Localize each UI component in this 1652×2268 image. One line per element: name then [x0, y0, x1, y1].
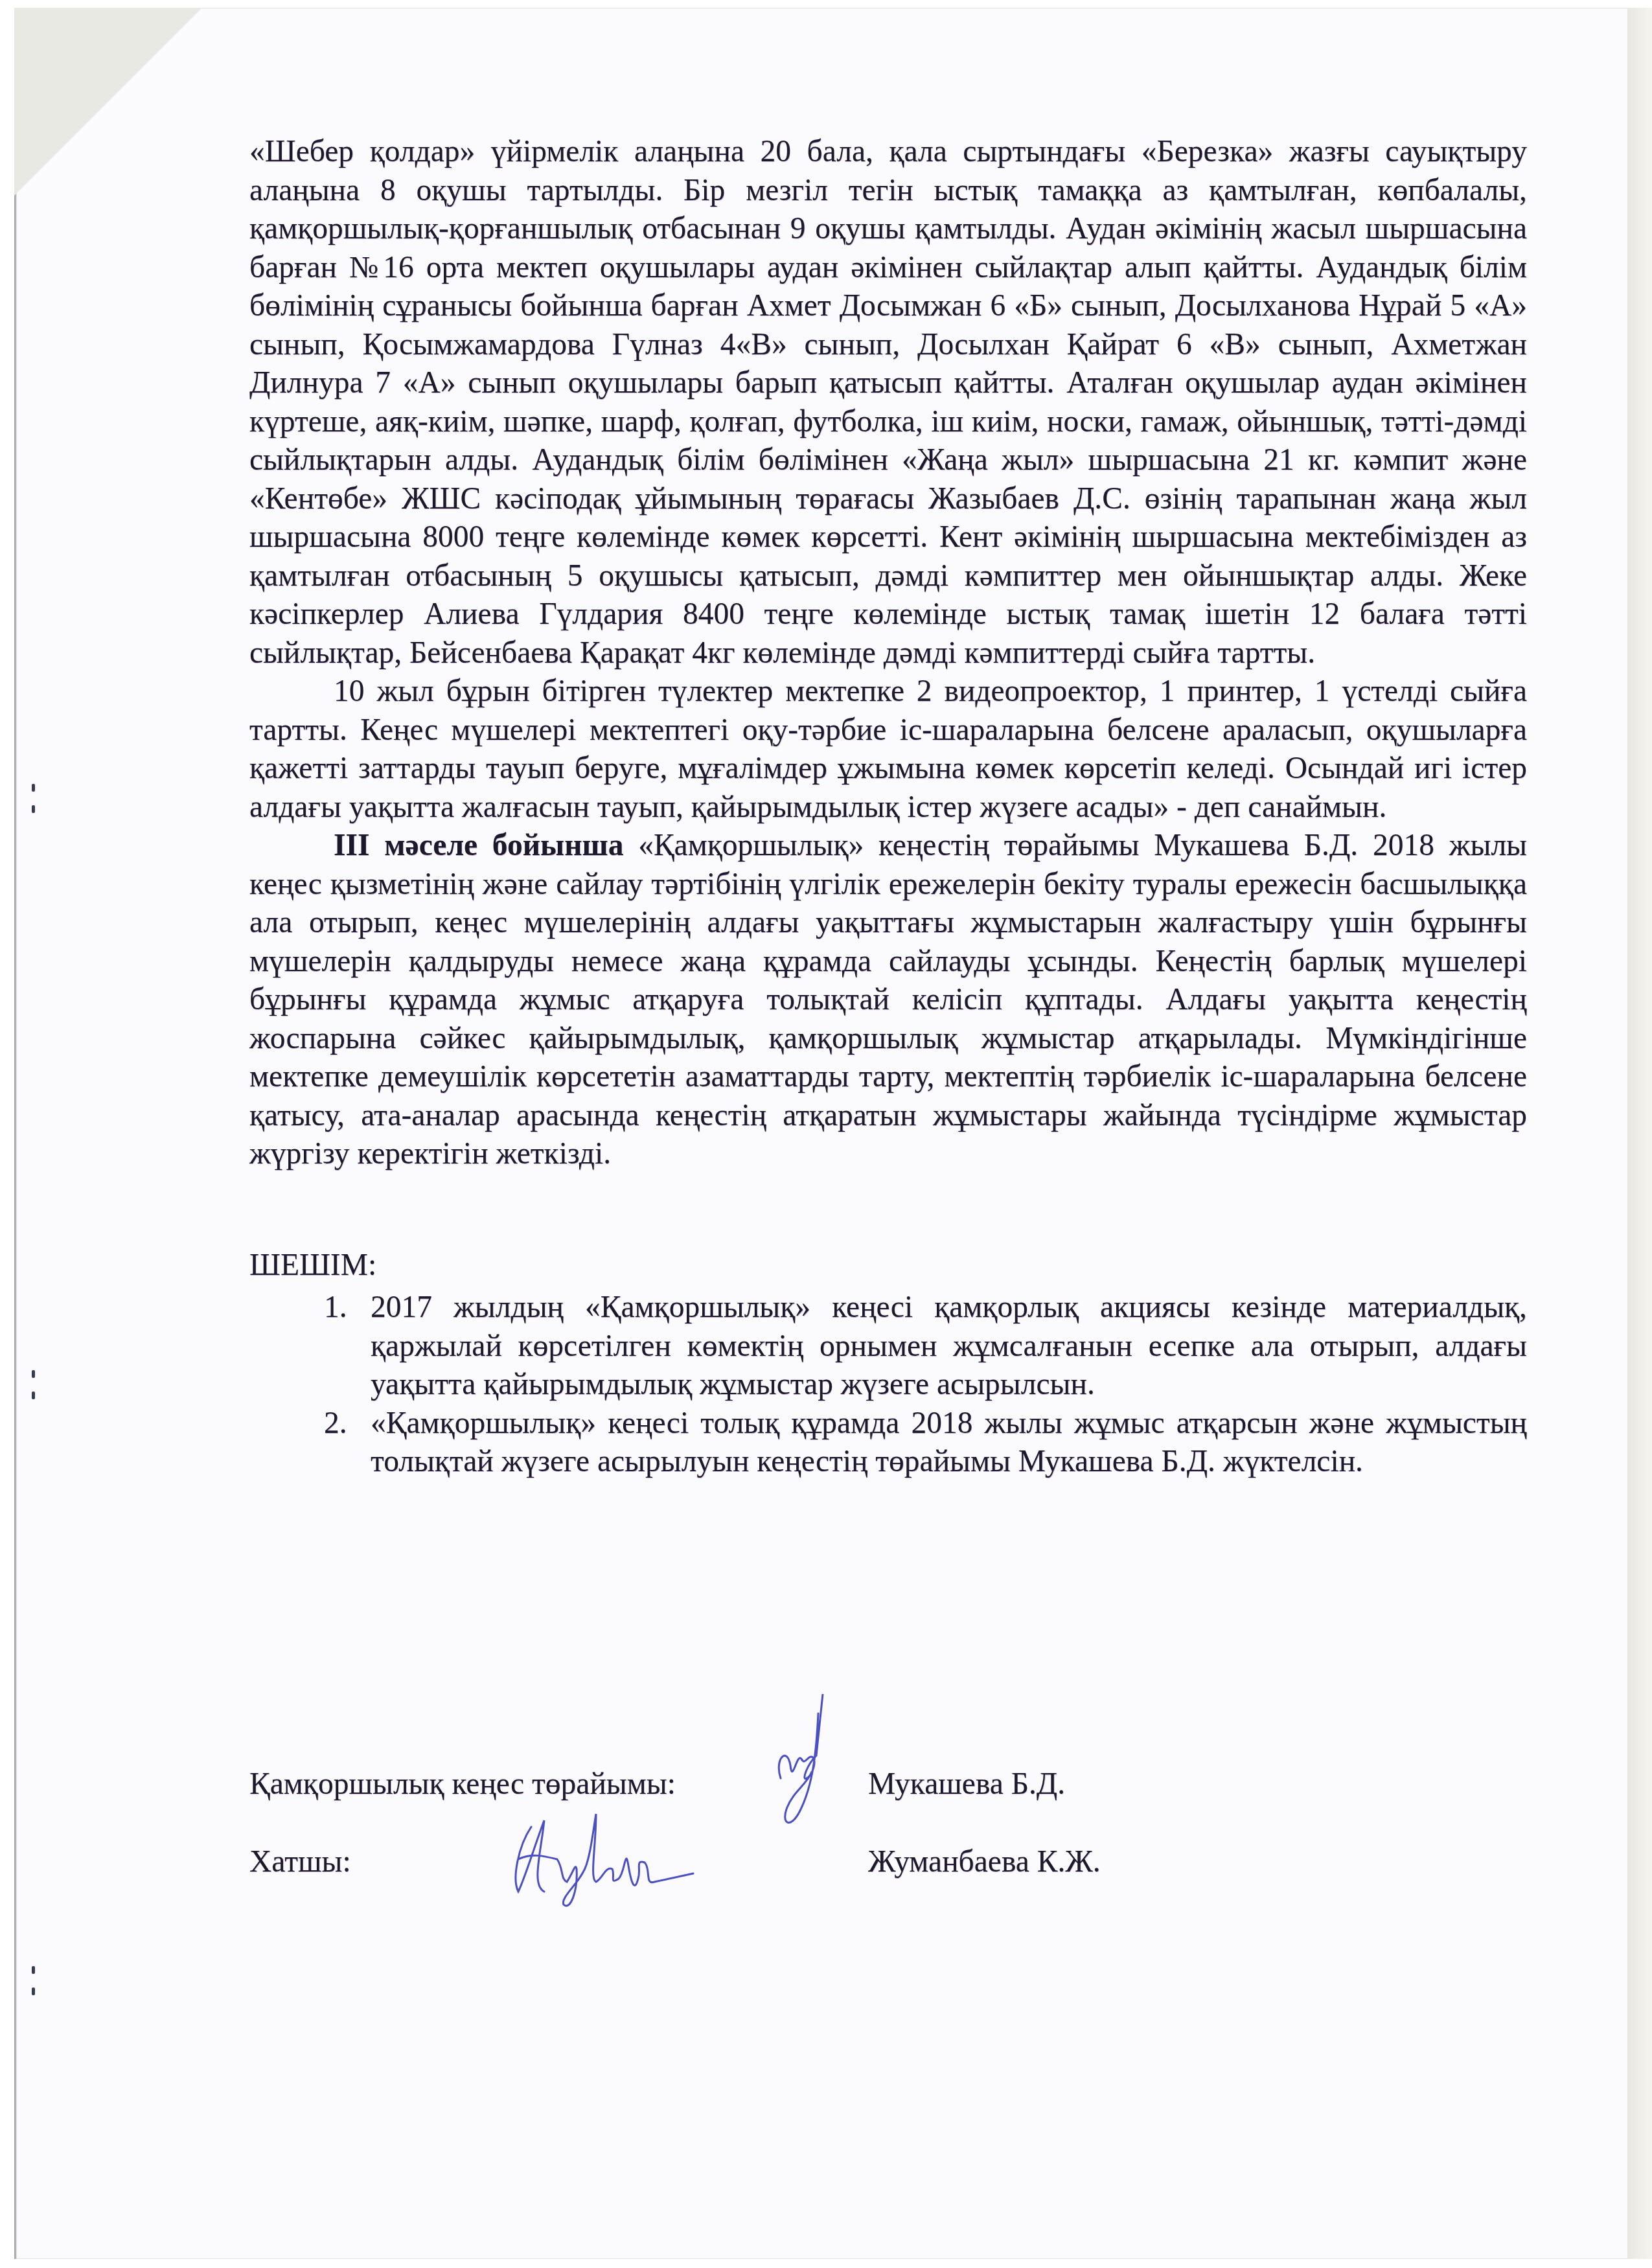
issue-heading: ІІІ мәселе бойынша	[334, 829, 623, 862]
punch-hole-mark	[32, 784, 35, 792]
scan-border-right	[1627, 8, 1652, 2259]
handwritten-signature-icon	[505, 1807, 713, 1918]
decision-list: 1. 2017 жылдың «Қамқоршылық» кеңесі қамқ…	[249, 1289, 1527, 1482]
folded-corner	[14, 8, 202, 196]
punch-hole-mark	[32, 1987, 35, 1995]
signatory-name: Жуманбаева К.Ж.	[868, 1843, 1101, 1882]
signatory-role: Хатшы:	[249, 1843, 351, 1882]
signatory-role: Қамқоршылық кеңес төрайымы:	[249, 1765, 676, 1804]
signature-row-chair: Қамқоршылық кеңес төрайымы: Мукашева Б.Д…	[249, 1765, 1416, 1843]
decision-item-number: 2.	[324, 1404, 347, 1443]
signature-block: Қамқоршылық кеңес төрайымы: Мукашева Б.Д…	[249, 1765, 1416, 1921]
decision-item-text: «Қамқоршылық» кеңесі толық құрамда 2018 …	[371, 1406, 1527, 1479]
paragraph-3: ІІІ мәселе бойынша «Қамқоршылық» кеңесті…	[249, 827, 1527, 1174]
signature-row-secretary: Хатшы: Жуманбаева К.Ж.	[249, 1843, 1416, 1921]
decision-item: 1. 2017 жылдың «Қамқоршылық» кеңесі қамқ…	[249, 1289, 1527, 1404]
decision-item-number: 1.	[324, 1289, 347, 1327]
punch-hole-mark	[32, 1392, 35, 1399]
document-body: «Шебер қолдар» үйірмелік алаңына 20 бала…	[249, 133, 1527, 1482]
handwritten-signature-icon	[761, 1694, 839, 1843]
paragraph-1: «Шебер қолдар» үйірмелік алаңына 20 бала…	[249, 133, 1527, 672]
punch-hole-mark	[32, 805, 35, 813]
signatory-name: Мукашева Б.Д.	[868, 1765, 1065, 1804]
paragraph-3-text: «Қамқоршылық» кеңестің төрайымы Мукашева…	[249, 829, 1527, 1171]
decision-item-text: 2017 жылдың «Қамқоршылық» кеңесі қамқорл…	[371, 1290, 1527, 1401]
decision-heading: ШЕШІМ:	[249, 1246, 1527, 1285]
punch-hole-mark	[32, 1966, 35, 1974]
paragraph-2: 10 жыл бұрын бітірген түлектер мектепке …	[249, 672, 1527, 827]
decision-item: 2. «Қамқоршылық» кеңесі толық құрамда 20…	[249, 1404, 1527, 1482]
punch-hole-mark	[32, 1370, 35, 1378]
